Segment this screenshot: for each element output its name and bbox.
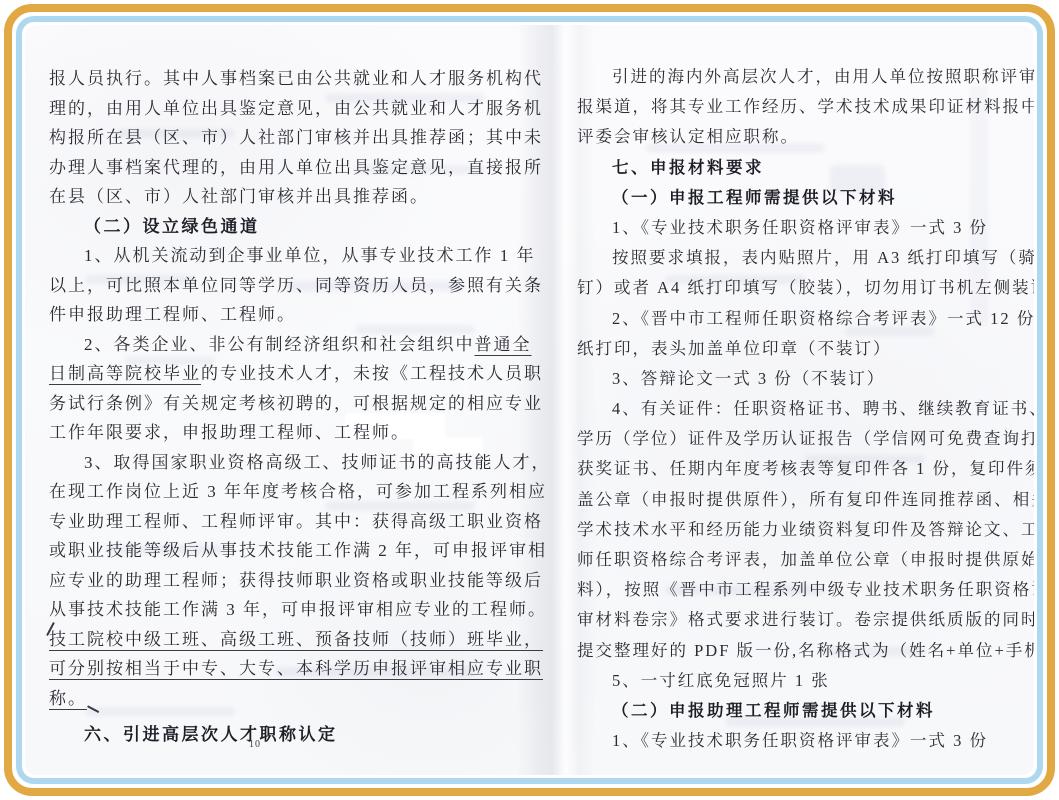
text-segment: 师任职资格综合考评表，加盖单位公章（申报时提供原始资 xyxy=(577,550,1034,569)
text-segment: 件申报助理工程师、工程师。 xyxy=(49,305,296,324)
text-segment: （二）设立绿色通道 xyxy=(84,217,260,236)
text-line: 专业助理工程师、工程师评审。其中：获得高级工职业资格 xyxy=(49,507,519,537)
text-segment: 钉）或者 A4 纸打印填写（胶装），切勿用订书机左侧装订。 xyxy=(577,278,1034,297)
text-line: 1、从机关流动到企事业单位，从事专业技术工作 1 年 xyxy=(49,241,519,271)
text-line: 盖公章（申报时提供原件），所有复印件连同推荐函、相关 xyxy=(577,485,1034,515)
text-line: 技工院校中级工班、高级工班、预备技师（技师）班毕业， xyxy=(49,625,519,655)
text-line: 钉）或者 A4 纸打印填写（胶装），切勿用订书机左侧装订。 xyxy=(577,273,1034,303)
text-line: 从事技术技能工作满 3 年，可申报评审相应专业的工程师。 xyxy=(49,595,519,625)
right-page-text-column: 引进的海内外高层次人才，由用人单位按照职称评审申报渠道，将其专业工作经历、学术技… xyxy=(577,62,1034,756)
text-segment: 3、取得国家职业资格高级工、技师证书的高技能人才， xyxy=(84,453,551,472)
text-segment: 按照要求填报，表内贴照片，用 A3 纸打印填写（骑马 xyxy=(612,248,1034,267)
text-line: 学历（学位）证件及学历认证报告（学信网可免费查询打印）， xyxy=(577,424,1034,454)
text-line: （一）申报工程师需提供以下材料 xyxy=(577,183,1034,213)
text-line: 或职业技能等级后从事技术技能工作满 2 年，可申报评审相 xyxy=(49,536,519,566)
text-segment: 评委会审核认定相应职称。 xyxy=(577,127,799,146)
text-line: 以上，可比照本单位同等学历、同等资历人员，参照有关条 xyxy=(49,271,519,301)
left-page-text-column: 报人员执行。其中人事档案已由公共就业和人才服务机构代理的，由用人单位出具鉴定意见… xyxy=(49,64,519,750)
text-line: 5、一寸红底免冠照片 1 张 xyxy=(577,666,1034,696)
text-segment: 4、有关证件：任职资格证书、聘书、继续教育证书、 xyxy=(612,399,1034,418)
text-line: 称。 xyxy=(49,684,519,714)
underlined-text: 普通全 xyxy=(475,335,532,354)
text-segment: （二）申报助理工程师需提供以下材料 xyxy=(612,701,935,720)
underlined-text: 可分别按相当于中专、大专、本科学历申报评审相应专业职 xyxy=(49,659,543,678)
text-line: 提交整理好的 PDF 版一份,名称格式为（姓名+单位+手机号）。 xyxy=(577,636,1034,666)
text-segment: 1、《专业技术职务任职资格评审表》一式 3 份 xyxy=(612,218,988,237)
text-segment: 的专业技术人才，未按《工程技术人员职 xyxy=(201,364,543,383)
underlined-text: 日制高等院校毕业 xyxy=(49,364,201,383)
text-line: 4、有关证件：任职资格证书、聘书、继续教育证书、 xyxy=(577,394,1034,424)
page-right: 引进的海内外高层次人才，由用人单位按照职称评审申报渠道，将其专业工作经历、学术技… xyxy=(545,25,1034,775)
text-line: 学术技术水平和经历能力业绩资料复印件及答辩论文、工程 xyxy=(577,515,1034,545)
page-number: 10 xyxy=(249,739,261,750)
text-line: （二）申报助理工程师需提供以下材料 xyxy=(577,696,1034,726)
text-line: 六、引进高层次人才职称认定 xyxy=(49,720,519,750)
text-line: （二）设立绿色通道 xyxy=(49,212,519,242)
text-line: 纸打印，表头加盖单位印章（不装订） xyxy=(577,334,1034,364)
text-segment: 1、从机关流动到企事业单位，从事专业技术工作 1 年 xyxy=(84,246,536,265)
page-left: 报人员执行。其中人事档案已由公共就业和人才服务机构代理的，由用人单位出具鉴定意见… xyxy=(25,25,545,775)
text-line: 理的，由用人单位出具鉴定意见，由公共就业和人才服务机 xyxy=(49,94,519,124)
text-segment: 引进的海内外高层次人才，由用人单位按照职称评审申 xyxy=(612,67,1034,86)
text-segment: 1、《专业技术职务任职资格评审表》一式 3 份 xyxy=(612,731,988,750)
text-segment: 报人员执行。其中人事档案已由公共就业和人才服务机构代 xyxy=(49,69,543,88)
text-segment: 提交整理好的 PDF 版一份,名称格式为（姓名+单位+手机号）。 xyxy=(577,641,1034,660)
text-segment: 或职业技能等级后从事技术技能工作满 2 年，可申报评审相 xyxy=(49,541,547,560)
text-line: 报渠道，将其专业工作经历、学术技术成果印证材料报中级 xyxy=(577,92,1034,122)
text-line: 办理人事档案代理的，由用人单位出具鉴定意见，直接报所 xyxy=(49,153,519,183)
scanned-paper: 报人员执行。其中人事档案已由公共就业和人才服务机构代理的，由用人单位出具鉴定意见… xyxy=(25,25,1034,775)
text-segment: 务试行条例》有关规定考核初聘的，可根据规定的相应专业 xyxy=(49,394,543,413)
text-line: 2、各类企业、非公有制经济组织和社会组织中普通全 xyxy=(49,330,519,360)
underlined-text: 技工院校中级工班、高级工班、预备技师（技师）班毕业， xyxy=(49,630,543,649)
text-line: 料），按照《晋中市工程系列中级专业技术职务任职资格评 xyxy=(577,575,1034,605)
text-segment: 料），按照《晋中市工程系列中级专业技术职务任职资格评 xyxy=(577,580,1034,599)
text-line: 1、《专业技术职务任职资格评审表》一式 3 份 xyxy=(577,213,1034,243)
text-line: 3、取得国家职业资格高级工、技师证书的高技能人才， xyxy=(49,448,519,478)
text-segment: 学术技术水平和经历能力业绩资料复印件及答辩论文、工程 xyxy=(577,520,1034,539)
text-segment: 应专业的助理工程师；获得技师职业资格或职业技能等级后 xyxy=(49,571,543,590)
text-segment: 构报所在县（区、市）人社部门审核并出具推荐函；其中未 xyxy=(49,128,543,147)
text-segment: 专业助理工程师、工程师评审。其中：获得高级工职业资格 xyxy=(49,512,543,531)
text-line: 师任职资格综合考评表，加盖单位公章（申报时提供原始资 xyxy=(577,545,1034,575)
text-segment: 七、申报材料要求 xyxy=(612,158,764,177)
text-segment: 报渠道，将其专业工作经历、学术技术成果印证材料报中级 xyxy=(577,97,1034,116)
text-segment: 学历（学位）证件及学历认证报告（学信网可免费查询打印）， xyxy=(577,429,1034,448)
text-line: 获奖证书、任期内年度考核表等复印件各 1 份，复印件须加 xyxy=(577,454,1034,484)
text-line: 审材料卷宗》格式要求进行装订。卷宗提供纸质版的同时， xyxy=(577,605,1034,635)
text-segment: （一）申报工程师需提供以下材料 xyxy=(612,188,897,207)
text-line: 在县（区、市）人社部门审核并出具推荐函。 xyxy=(49,182,519,212)
text-segment: 2、各类企业、非公有制经济组织和社会组织中 xyxy=(84,335,475,354)
text-line: 工作年限要求，申报助理工程师、工程师。 xyxy=(49,418,519,448)
text-segment: 六、引进高层次人才职称认定 xyxy=(84,725,338,744)
text-line: 引进的海内外高层次人才，由用人单位按照职称评审申 xyxy=(577,62,1034,92)
text-segment: 2、《晋中市工程师任职资格综合考评表》一式 12 份， A3 xyxy=(612,309,1034,328)
text-line: 1、《专业技术职务任职资格评审表》一式 3 份 xyxy=(577,726,1034,756)
text-segment: 获奖证书、任期内年度考核表等复印件各 1 份，复印件须加 xyxy=(577,459,1034,478)
text-segment: 3、答辩论文一式 3 份（不装订） xyxy=(612,369,885,388)
text-line: 件申报助理工程师、工程师。 xyxy=(49,300,519,330)
text-line: 日制高等院校毕业的专业技术人才，未按《工程技术人员职 xyxy=(49,359,519,389)
text-segment: 5、一寸红底免冠照片 1 张 xyxy=(612,671,830,690)
decorative-outer-border: 报人员执行。其中人事档案已由公共就业和人才服务机构代理的，由用人单位出具鉴定意见… xyxy=(4,4,1055,796)
underlined-text: 称。 xyxy=(49,689,87,708)
text-segment: 盖公章（申报时提供原件），所有复印件连同推荐函、相关 xyxy=(577,490,1034,509)
text-segment: 理的，由用人单位出具鉴定意见，由公共就业和人才服务机 xyxy=(49,99,543,118)
text-line: 2、《晋中市工程师任职资格综合考评表》一式 12 份， A3 xyxy=(577,304,1034,334)
text-segment: 工作年限要求，申报助理工程师、工程师。 xyxy=(49,423,410,442)
text-line: 七、申报材料要求 xyxy=(577,153,1034,183)
text-line: 务试行条例》有关规定考核初聘的，可根据规定的相应专业 xyxy=(49,389,519,419)
text-segment: 在县（区、市）人社部门审核并出具推荐函。 xyxy=(49,187,429,206)
text-line: 报人员执行。其中人事档案已由公共就业和人才服务机构代 xyxy=(49,64,519,94)
text-line: 应专业的助理工程师；获得技师职业资格或职业技能等级后 xyxy=(49,566,519,596)
text-segment: 纸打印，表头加盖单位印章（不装订） xyxy=(577,339,892,358)
text-line: 在现工作岗位上近 3 年年度考核合格，可参加工程系列相应 xyxy=(49,477,519,507)
text-segment: 在现工作岗位上近 3 年年度考核合格，可参加工程系列相应 xyxy=(49,482,547,501)
text-line: 构报所在县（区、市）人社部门审核并出具推荐函；其中未 xyxy=(49,123,519,153)
text-segment: 审材料卷宗》格式要求进行装订。卷宗提供纸质版的同时， xyxy=(577,610,1034,629)
text-line: 3、答辩论文一式 3 份（不装订） xyxy=(577,364,1034,394)
text-line: 按照要求填报，表内贴照片，用 A3 纸打印填写（骑马 xyxy=(577,243,1034,273)
text-segment: 以上，可比照本单位同等学历、同等资历人员，参照有关条 xyxy=(49,276,543,295)
text-line: 评委会审核认定相应职称。 xyxy=(577,122,1034,152)
handwritten-tail-mark xyxy=(87,705,99,713)
text-segment: 从事技术技能工作满 3 年，可申报评审相应专业的工程师。 xyxy=(49,600,547,619)
scanned-document-screenshot: { "frame": { "outer_border_color": "#e1a… xyxy=(0,0,1059,800)
text-segment: 办理人事档案代理的，由用人单位出具鉴定意见，直接报所 xyxy=(49,158,543,177)
decorative-inner-border: 报人员执行。其中人事档案已由公共就业和人才服务机构代理的，由用人单位出具鉴定意见… xyxy=(16,16,1043,784)
text-line: 可分别按相当于中专、大专、本科学历申报评审相应专业职 xyxy=(49,654,519,684)
